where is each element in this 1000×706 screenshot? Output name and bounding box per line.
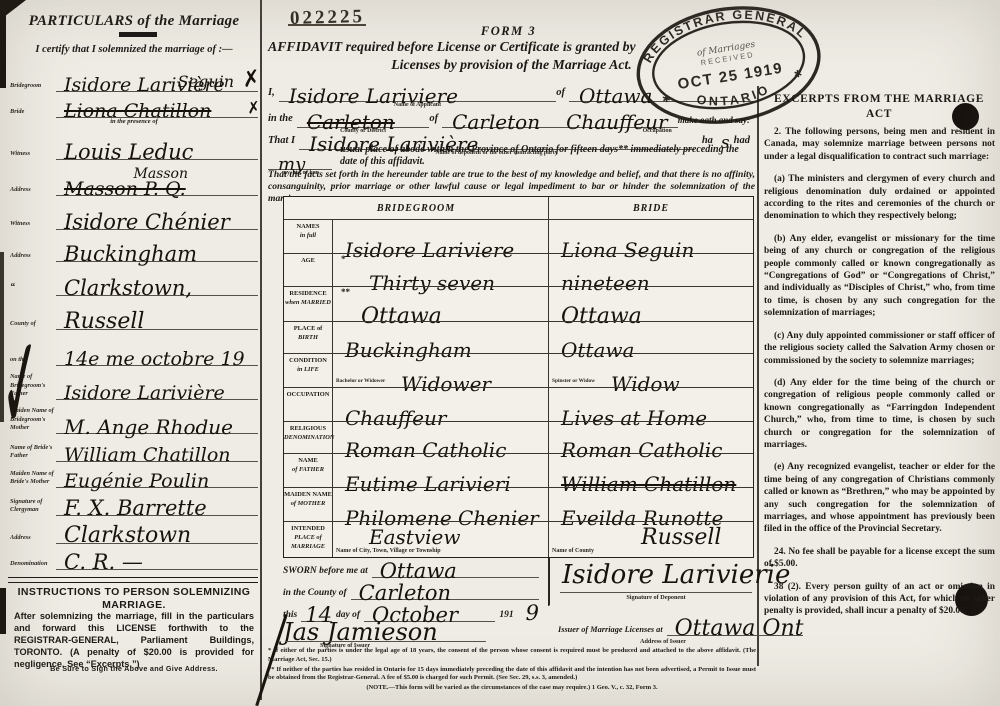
cell-bride-mother: Eveilda Runotte xyxy=(549,487,753,521)
field-label: Denomination xyxy=(10,560,56,570)
ditto-mark: “ xyxy=(10,281,56,296)
field-label: Address xyxy=(10,534,56,544)
asterisk-flag: ** xyxy=(341,287,350,297)
instructions-body: After solemnizing the marriage, fill in … xyxy=(14,611,254,671)
excerpt-paragraph: 2. The following persons, being men and … xyxy=(764,126,995,163)
field-witness-2: Witness Isidore Chénier xyxy=(10,196,258,230)
deponent-signature: Isidore Larivierie xyxy=(562,560,790,590)
excerpt-paragraph: (a) The ministers and clergymen of every… xyxy=(764,173,995,223)
cell-bride-birth: Ottawa xyxy=(549,321,753,353)
cell-groom-occupation: Chauffeur xyxy=(333,387,549,421)
field-label: Address xyxy=(10,252,56,262)
presence-caption: in the presence of xyxy=(10,119,258,126)
field-label: Bridegroom xyxy=(10,82,56,92)
asterisk-flag: * xyxy=(341,254,346,264)
handwritten-value: C. R. — xyxy=(64,552,143,573)
field-address-ditto: “ Clarkstown, xyxy=(10,262,258,296)
cell-groom-condition: Bachelor or WidowerWidower xyxy=(333,353,549,387)
row-label-religion: RELIGIOUSDENOMINATION xyxy=(284,421,333,453)
ruled-line: Clarkstown, xyxy=(56,278,258,296)
ruled-line: 14e me octobre 19 xyxy=(56,350,258,366)
ruled-line: C. R. — xyxy=(56,552,258,570)
field-bridegroom-father: Name of Bridegroom's Father Isidore Lari… xyxy=(10,366,258,400)
row-label-birth: PLACE ofBIRTH xyxy=(284,321,333,353)
signature-line xyxy=(560,592,752,593)
cell-bride-names: Liona Seguin xyxy=(549,219,753,253)
field-clergyman-signature: Signature of Clergyman F. X. Barrette xyxy=(10,488,258,516)
ruled-line: Russell xyxy=(56,311,258,330)
check-mark: ✓ xyxy=(0,305,43,465)
scan-artifact-edge xyxy=(0,0,6,88)
ruled-line: M. Ange Rhodue xyxy=(56,417,258,434)
row-label-condition: CONDITIONin LIFE xyxy=(284,353,333,387)
cell-bride-father: William Chatillon xyxy=(549,453,753,487)
ruled-line: William Chatillon xyxy=(56,446,258,462)
handwritten-place: Ottawa xyxy=(380,561,457,582)
field-bridegroom-mother: Maiden Name of Bridegroom's Mother M. An… xyxy=(10,400,258,434)
printed-text: in the County of xyxy=(283,588,351,600)
ruled-line: F. X. Barrette xyxy=(56,498,258,516)
ruled-line: Clarkstown xyxy=(56,525,258,544)
field-label: Maiden Name of Bride's Mother xyxy=(10,470,56,488)
cell-groom-residence: **Ottawa xyxy=(333,286,549,321)
form-number: FORM 3 xyxy=(262,25,755,38)
form-line-abode: my my, his, or her usual place of abode … xyxy=(268,148,754,170)
row-label-intended-place: INTENDEDPLACE of MARRIAGE xyxy=(284,521,333,557)
excerpt-paragraph: 38 (2). Every person guilty of an act or… xyxy=(764,581,995,618)
cell-groom-age: *Thirty seven xyxy=(333,253,549,286)
stamp-star-right: ✱ xyxy=(793,69,803,81)
row-label-names: NAMESin full xyxy=(284,219,333,253)
cell-bride-residence: Ottawa xyxy=(549,286,753,321)
cell-groom-birth: Buckingham xyxy=(333,321,549,353)
condition-note: Spinster or Widow xyxy=(552,379,595,384)
double-rule xyxy=(8,577,258,583)
field-address-3: Address Clarkstown xyxy=(10,516,258,544)
ruled-line: Buckingham xyxy=(56,244,258,262)
printed-text: SWORN before me at xyxy=(283,566,372,578)
form-line-applicant: I, Isidore Lariviere Name of Applicant o… xyxy=(268,76,754,102)
cell-groom-mother: Philomene Chenier xyxy=(333,487,549,521)
printed-text: of xyxy=(556,87,569,102)
deponent-signature-label: Signature of Deponent xyxy=(560,595,752,601)
field-bride-father: Name of Bride's Father William Chatillon xyxy=(10,434,258,462)
column-divider-left xyxy=(260,0,262,700)
ruled-line: Eugénie Poulin xyxy=(56,472,258,488)
scanned-marriage-affidavit: PARTICULARS of the Marriage I certify th… xyxy=(0,0,1000,706)
excerpt-paragraph: (d) Any elder for the time being of the … xyxy=(764,377,995,451)
field-label: Witness xyxy=(10,220,56,230)
blank-line: my my, his, or her xyxy=(268,156,332,170)
cell-groom-father: Eutime Larivieri xyxy=(333,453,549,487)
cell-groom-intended-place: EastviewName of City, Town, Village or T… xyxy=(333,521,549,557)
field-county: County of Russell xyxy=(10,296,258,330)
handwritten-value: Eastview xyxy=(369,527,460,547)
ruled-line: Masson P. Q. Masson xyxy=(56,180,258,196)
form-line-county: in the Carleton County or District of Ca… xyxy=(268,102,754,128)
particulars-title: PARTICULARS of the Marriage xyxy=(12,13,256,30)
printed-text: I, xyxy=(268,87,279,102)
brace xyxy=(548,558,550,606)
field-witness-1: Witness Louis Leduc xyxy=(10,129,258,160)
excerpt-paragraph: (c) Any duly appointed commissioner or s… xyxy=(764,330,995,367)
instructions-footer: Be Sure to Sign the Above and Give Addre… xyxy=(12,665,256,672)
cell-bride-religion: Roman Catholic xyxy=(549,421,753,453)
ruled-line: Isidore Chénier xyxy=(56,212,258,230)
ruled-line: Isidore Larivière xyxy=(56,384,258,400)
column-header-bride: BRIDE xyxy=(549,197,753,219)
field-label: Signature of Clergyman xyxy=(10,498,56,516)
x-mark: ✗ xyxy=(240,65,262,93)
field-denomination: Denomination C. R. — xyxy=(10,544,258,570)
field-address-2: Address Buckingham xyxy=(10,230,258,262)
handwritten-correction: Seguin xyxy=(178,72,234,91)
blank-line: Isidore Lariviere Name of Applicant xyxy=(279,86,557,102)
cell-bride-occupation: Lives at Home xyxy=(549,387,753,421)
signature-line xyxy=(286,641,486,642)
cell-bride-age: nineteen xyxy=(549,253,753,286)
blank-line: Ottawa xyxy=(372,561,539,578)
handwritten-value: Russell xyxy=(641,527,721,549)
field-label: Witness xyxy=(10,150,56,160)
bridegroom-bride-table: BRIDEGROOM BRIDE NAMESin full Isidore La… xyxy=(283,196,754,558)
county-note: Name of County xyxy=(552,548,594,554)
blank-line: Carleton xyxy=(351,583,539,600)
column-header-bridegroom: BRIDEGROOM xyxy=(284,197,549,219)
footnotes: * If either of the parties is under the … xyxy=(268,647,756,694)
cell-bride-condition: Spinster or WidowWidow xyxy=(549,353,753,387)
row-label-age: AGE xyxy=(284,253,333,286)
excerpt-paragraph: 24. No fee shall be payable for a licens… xyxy=(764,546,995,571)
excerpts-body: 2. The following persons, being men and … xyxy=(764,126,995,628)
excerpt-paragraph: (e) Any recognized evangelist, teacher o… xyxy=(764,461,995,535)
excerpts-title: EXCERPTS FROM THE MARRIAGE ACT xyxy=(764,92,994,122)
printed-text: Issuer of Marriage Licenses at xyxy=(558,625,667,636)
cell-groom-religion: Roman Catholic xyxy=(333,421,549,453)
row-label-mother: MAIDEN NAMEof MOTHER xyxy=(284,487,333,521)
place-note: Name of City, Town, Village or Township xyxy=(336,548,441,554)
scan-artifact-edge xyxy=(0,588,6,634)
x-mark: ✗ xyxy=(245,97,261,119)
row-label-occupation: OCCUPATION xyxy=(284,387,333,421)
instructions-title: INSTRUCTIONS TO PERSON SOLEMNIZING MARRI… xyxy=(12,586,256,611)
issuer-address-line: Issuer of Marriage Licenses at Ottawa On… xyxy=(558,612,754,636)
handwritten-year-digit: 9 xyxy=(526,603,539,624)
field-label: Bride xyxy=(10,108,56,118)
field-date: on the 14e me octobre 19 xyxy=(10,330,258,366)
footnote-3: (NOTE.—This form will be varied as the c… xyxy=(268,684,756,693)
footnote-2: ** If neither of the parties has resided… xyxy=(268,666,756,684)
excerpt-paragraph: (b) Any elder, evangelist or missionary … xyxy=(764,233,995,320)
row-label-residence: RESIDENCEwhen MARRIED xyxy=(284,286,333,321)
condition-note: Bachelor or Widower xyxy=(336,379,385,384)
printed-year: 191 xyxy=(495,610,517,622)
sworn-line-county: in the County of Carleton xyxy=(283,580,539,600)
cell-groom-names: Isidore Lariviere xyxy=(333,219,549,253)
handwritten-correction: Masson xyxy=(134,166,189,182)
field-bride: Bride Liona Chatillon Seguin ✗ xyxy=(10,92,258,118)
cell-bride-intended-place: RussellName of County xyxy=(549,521,753,557)
issuer-address-label: Address of Issuer xyxy=(640,639,686,645)
title-underline xyxy=(119,32,157,37)
field-bride-mother: Maiden Name of Bride's Mother Eugénie Po… xyxy=(10,462,258,488)
ruled-line: Louis Leduc xyxy=(56,142,258,160)
printed-text: usual place of abode within the Province… xyxy=(332,144,754,170)
affidavit-title-line1: AFFIDAVIT required before License or Cer… xyxy=(268,39,755,56)
row-label-father: NAMEof FATHER xyxy=(284,453,333,487)
field-address-1: Address Masson P. Q. Masson xyxy=(10,160,258,196)
certify-line: I certify that I solemnized the marriage… xyxy=(12,44,256,56)
blank-line: Ottawa xyxy=(569,86,754,102)
handwritten-county: Carleton xyxy=(359,583,451,604)
sworn-line-place: SWORN before me at Ottawa xyxy=(283,558,539,578)
field-label: Address xyxy=(10,186,56,196)
footnote-1: * If either of the parties is under the … xyxy=(268,647,756,665)
affidavit-title-line2: Licenses by provision of the Marriage Ac… xyxy=(268,57,755,74)
ruled-line: Liona Chatillon Seguin xyxy=(56,102,258,118)
